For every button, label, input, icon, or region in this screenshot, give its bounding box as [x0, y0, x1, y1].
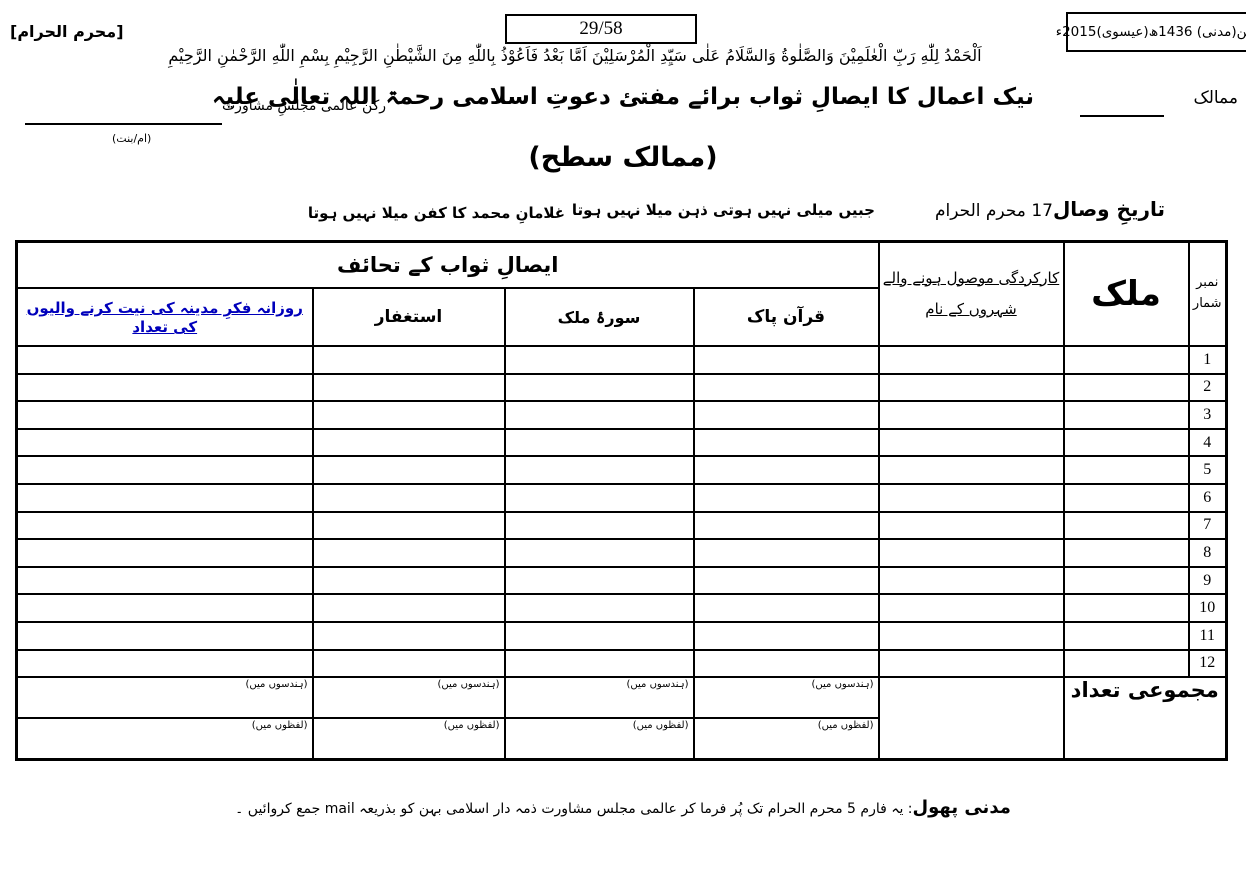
column-header-country: ملک [1064, 242, 1189, 347]
table-row: 10 [16, 594, 1226, 622]
empty-cell [16, 429, 312, 457]
wisal-date-value: 17 محرم الحرام [935, 201, 1053, 221]
empty-cell [505, 429, 694, 457]
form-page: [محرم الحرام] 29/58 سن(مدنی) 1436ھ(عیسوی… [0, 0, 1246, 880]
empty-cell [505, 484, 694, 512]
empty-cell [505, 401, 694, 429]
wisal-date: تاریخِ وصال17 محرم الحرام [935, 197, 1165, 221]
serial-cell: 3 [1189, 401, 1227, 429]
empty-cell [694, 346, 879, 374]
column-header-quran: قرآن پاک [694, 288, 879, 346]
empty-cell [313, 401, 505, 429]
empty-cell [694, 401, 879, 429]
empty-cell [16, 650, 312, 678]
empty-cell [1064, 650, 1189, 678]
table-row: 9 [16, 567, 1226, 595]
serial-cell: 6 [1189, 484, 1227, 512]
empty-cell [694, 512, 879, 540]
form-subtitle: (ممالک سطح) [0, 142, 1246, 173]
serial-cell: 2 [1189, 374, 1227, 402]
empty-cell [16, 594, 312, 622]
empty-cell [1064, 346, 1189, 374]
empty-cell [694, 594, 879, 622]
total-surah-words-cell: (لفظوں میں) [505, 718, 694, 760]
empty-cell [1064, 539, 1189, 567]
total-surah-digits-cell: (ہندسوں میں) [505, 677, 694, 718]
empty-cell [1064, 429, 1189, 457]
in-words-label: (لفظوں میں) [506, 719, 693, 732]
empty-cell [313, 567, 505, 595]
empty-cell [1064, 622, 1189, 650]
column-header-fikr-madina: روزانہ فکرِ مدینہ کی نیت کرنے والیوں کی … [27, 299, 303, 336]
in-digits-label: (ہندسوں میں) [314, 678, 504, 691]
empty-cell [694, 429, 879, 457]
table-row: 6 [16, 484, 1226, 512]
empty-cell [694, 622, 879, 650]
empty-cell [16, 374, 312, 402]
quote-center: جبیں میلی نہیں ہوتی ذہن میلا نہیں ہوتا [635, 201, 875, 219]
total-quran-words-cell: (لفظوں میں) [694, 718, 879, 760]
empty-cell [694, 374, 879, 402]
empty-cell [879, 484, 1064, 512]
empty-cell [879, 622, 1064, 650]
serial-header-line2: شمار [1190, 294, 1226, 315]
serial-cell: 5 [1189, 456, 1227, 484]
empty-cell [505, 567, 694, 595]
empty-cell [1064, 484, 1189, 512]
column-header-cities: کارکردگی موصول ہونے والے شہروں کے نام [879, 242, 1064, 347]
in-words-label: (لفظوں میں) [314, 719, 504, 732]
empty-cell [16, 567, 312, 595]
serial-cell: 11 [1189, 622, 1227, 650]
month-corner-tag: [محرم الحرام] [10, 22, 124, 41]
empty-cell [505, 650, 694, 678]
bismillah-line: اَلْحَمْدُ لِلّٰهِ رَبِّ الْعٰلَمِیْنَ و… [90, 46, 1060, 65]
empty-cell [16, 539, 312, 567]
empty-cell [879, 346, 1064, 374]
serial-cell: 4 [1189, 429, 1227, 457]
empty-cell [313, 539, 505, 567]
table-row: 4 [16, 429, 1226, 457]
empty-cell [694, 456, 879, 484]
empty-cell [313, 429, 505, 457]
empty-cell [313, 456, 505, 484]
table-row: 2 [16, 374, 1226, 402]
empty-cell [879, 650, 1064, 678]
empty-cell [694, 567, 879, 595]
year-text: سن(مدنی) 1436ھ(عیسوی)2015ء [1056, 24, 1246, 40]
serial-cell: 7 [1189, 512, 1227, 540]
table-row: 1 [16, 346, 1226, 374]
empty-cell [879, 539, 1064, 567]
member-blank-line [25, 122, 222, 125]
serial-cell: 8 [1189, 539, 1227, 567]
in-digits-label: (ہندسوں میں) [18, 678, 312, 691]
empty-cell [505, 374, 694, 402]
empty-cell [16, 484, 312, 512]
empty-cell [505, 539, 694, 567]
column-header-serial: نمبر شمار [1189, 242, 1227, 347]
empty-cell [1064, 401, 1189, 429]
empty-cell [16, 622, 312, 650]
empty-cell [879, 429, 1064, 457]
empty-cell [16, 456, 312, 484]
serial-cell: 12 [1189, 650, 1227, 678]
in-digits-label: (ہندسوں میں) [695, 678, 878, 691]
wisal-date-label: تاریخِ وصال [1053, 197, 1165, 221]
footer-note-text: : یہ فارم 5 محرم الحرام تک پُر فرما کر ع… [235, 801, 912, 817]
total-istighfar-words-cell: (لفظوں میں) [313, 718, 505, 760]
results-table-wrapper: نمبر شمار ملک کارکردگی موصول ہونے والے ش… [15, 240, 1228, 761]
member-label: رکن عالمی مجلسِ مشاورت [222, 98, 386, 114]
serial-header-line1: نمبر [1190, 273, 1226, 294]
column-header-surah-mulk: سورۂ ملک [505, 288, 694, 346]
gifts-group-header: ایصالِ ثواب کے تحائف [16, 242, 878, 289]
cities-header-line1: کارکردگی موصول ہونے والے [883, 269, 1059, 287]
total-fikr-words-cell: (لفظوں میں) [16, 718, 312, 760]
empty-cell [879, 374, 1064, 402]
table-row: 11 [16, 622, 1226, 650]
total-label: مجموعی تعداد [1064, 677, 1227, 760]
mamalik-blank-line [1080, 114, 1164, 117]
empty-cell [16, 401, 312, 429]
empty-cell [16, 512, 312, 540]
serial-cell: 10 [1189, 594, 1227, 622]
empty-cell [879, 401, 1064, 429]
empty-cell [1064, 512, 1189, 540]
empty-cell [694, 539, 879, 567]
table-row: 12 [16, 650, 1226, 678]
in-digits-label: (ہندسوں میں) [506, 678, 693, 691]
column-header-istighfar: استغفار [313, 288, 505, 346]
empty-cell [313, 484, 505, 512]
empty-cell [505, 456, 694, 484]
footer-note: مدنی پھول: یہ فارم 5 محرم الحرام تک پُر … [0, 797, 1246, 818]
results-table: نمبر شمار ملک کارکردگی موصول ہونے والے ش… [15, 240, 1228, 761]
page-number-box: 29/58 [505, 14, 697, 44]
empty-cell [879, 567, 1064, 595]
quote-left: غلامانِ محمد کا کفن میلا نہیں ہوتا [330, 204, 565, 222]
table-row: 5 [16, 456, 1226, 484]
empty-cell [505, 622, 694, 650]
empty-cell [879, 456, 1064, 484]
footer-note-title: مدنی پھول [913, 797, 1011, 818]
empty-cell [1064, 456, 1189, 484]
empty-cell [313, 346, 505, 374]
empty-cell [313, 374, 505, 402]
empty-cell [505, 346, 694, 374]
empty-cell [313, 650, 505, 678]
empty-cell [505, 594, 694, 622]
table-row: 7 [16, 512, 1226, 540]
empty-cell [879, 512, 1064, 540]
year-box: سن(مدنی) 1436ھ(عیسوی)2015ء [1066, 12, 1246, 52]
empty-cell [694, 484, 879, 512]
serial-cell: 9 [1189, 567, 1227, 595]
empty-cell [313, 594, 505, 622]
empty-cell [16, 346, 312, 374]
empty-cell [505, 512, 694, 540]
in-words-label: (لفظوں میں) [695, 719, 878, 732]
total-quran-digits-cell: (ہندسوں میں) [694, 677, 879, 718]
empty-cell [1064, 567, 1189, 595]
empty-cell [313, 512, 505, 540]
total-cities-blank-cell [879, 677, 1064, 760]
empty-cell [313, 622, 505, 650]
cities-header-line2: شہروں کے نام [925, 300, 1016, 318]
empty-cell [1064, 374, 1189, 402]
table-row: 8 [16, 539, 1226, 567]
form-title: نیک اعمال کا ایصالِ ثواب برائے مفتئ دعوت… [0, 84, 1246, 110]
in-words-label: (لفظوں میں) [18, 719, 312, 732]
total-istighfar-digits-cell: (ہندسوں میں) [313, 677, 505, 718]
total-fikr-digits-cell: (ہندسوں میں) [16, 677, 312, 718]
empty-cell [694, 650, 879, 678]
page-number: 29/58 [579, 18, 622, 40]
table-row: 3 [16, 401, 1226, 429]
serial-cell: 1 [1189, 346, 1227, 374]
empty-cell [1064, 594, 1189, 622]
empty-cell [879, 594, 1064, 622]
